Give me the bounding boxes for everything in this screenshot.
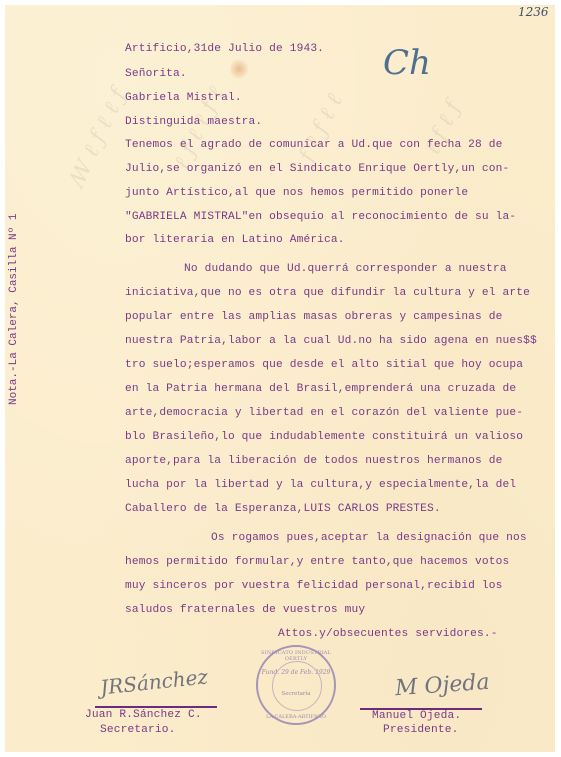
pencil-initials: Ch (383, 43, 431, 83)
body-line: junto Artístico,al que nos hemos permiti… (125, 187, 468, 199)
body-line: bor literaria en Latino América. (125, 234, 345, 246)
archive-number: 1236 (518, 5, 549, 19)
body-line: "GABRIELA MISTRAL"en obsequio al reconoc… (125, 211, 516, 223)
body-line: No dudando que Ud.querrá corresponder a … (184, 263, 507, 275)
stamp-ring-bottom-text: LA CALERA-ARTIFICIO (258, 714, 334, 720)
body-line: aporte,para la liberación de todos nuest… (125, 455, 503, 467)
recipient-name: Gabriela Mistral. (125, 92, 242, 104)
secretary-name: Juan R.Sánchez C. (85, 709, 202, 721)
body-line: popular entre las amplias masas obreras … (125, 311, 503, 323)
body-line: tro suelo;esperamos que desde el alto si… (125, 359, 523, 371)
signature-president: M Ojeda (394, 670, 490, 702)
signature-line-secretary (95, 706, 217, 708)
president-role: Presidente. (383, 724, 459, 736)
side-note-vertical: Nota.-La Calera, Casilla Nº 1 (8, 214, 20, 405)
stamp-role-text: Secretaría (258, 691, 334, 697)
secretary-role: Secretario. (100, 724, 176, 736)
body-line: lucha por la libertad y la cultura,y esp… (125, 479, 516, 491)
body-line: iniciativa,que no es otra que difundir l… (125, 287, 530, 299)
body-line: blo Brasileño,lo que indudablemente cons… (125, 431, 523, 443)
body-line: Os rogamos pues,aceptar la designación q… (211, 532, 527, 544)
body-line: hemos permitido formular,y entre tanto,q… (125, 556, 509, 568)
body-line: Julio,se organizó en el Sindicato Enriqu… (125, 163, 509, 175)
body-line: saludos fraternales de vuestros muy (125, 604, 365, 616)
salutation-title: Señorita. (125, 68, 187, 80)
signature-secretary: JRSánchez (99, 664, 209, 699)
bleed-through-handwriting: ƒ ℓ ƒ ℓ ℓ (294, 90, 348, 166)
stain-mark (230, 57, 248, 81)
body-line: Caballero de la Esperanza,LUIS CARLOS PR… (125, 503, 441, 515)
body-line: Tenemos el agrado de comunicar a Ud.que … (125, 139, 503, 151)
body-line: en la Patria hermana del Brasil,emprende… (125, 383, 516, 395)
place-date: Artificio,31de Julio de 1943. (125, 43, 324, 55)
stamp-founded-text: Fund. 29 de Feb. 1929 (258, 669, 334, 677)
scanned-letter-page: ꟿ ℓ ƒ ℓ ℓ ƒ ℓ ƒ ℓ ℓ ƒ ℓ ƒ ℓ ƒ ℓ ℓ ℓ ƒ ℓ … (5, 5, 555, 752)
president-name: Manuel Ojeda. (372, 710, 461, 722)
closing-line: Attos.y/obsecuentes servidores.- (278, 628, 498, 640)
greeting: Distinguida maestra. (125, 116, 262, 128)
stamp-ring-top-text: SINDICATO INDUSTRIAL OERTLY (258, 650, 334, 662)
body-line: nuestra Patria,labor a la cual Ud.no ha … (125, 335, 537, 347)
bleed-through-handwriting: ꟿ ℓ ƒ ℓ ℓ ƒ (64, 85, 132, 191)
union-seal-stamp: SINDICATO INDUSTRIAL OERTLY Fund. 29 de … (256, 645, 336, 725)
body-line: arte,democracia y libertad en el corazón… (125, 407, 523, 419)
body-line: muy sinceros por vuestra felicidad perso… (125, 580, 503, 592)
